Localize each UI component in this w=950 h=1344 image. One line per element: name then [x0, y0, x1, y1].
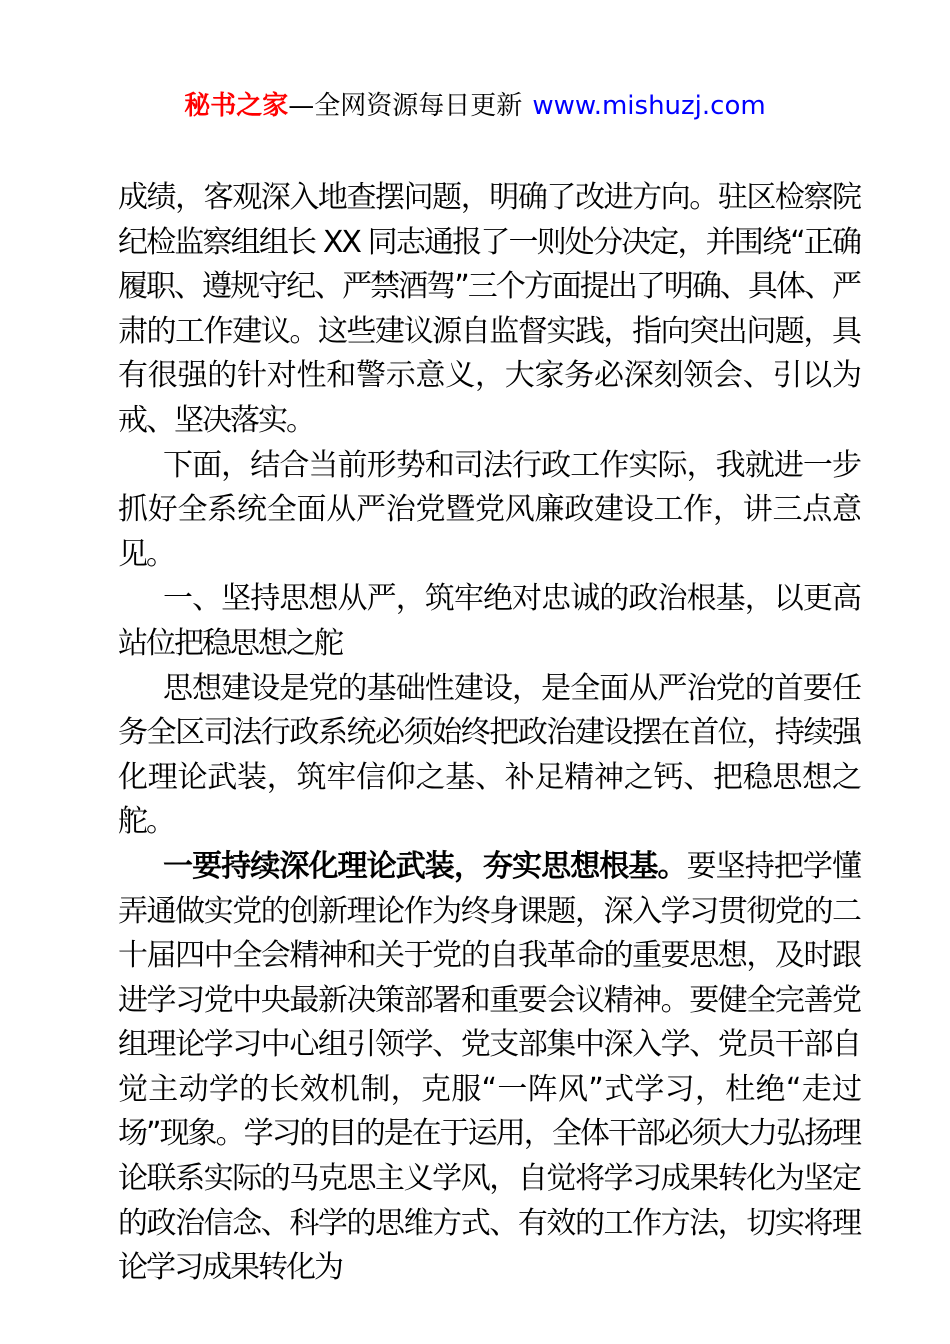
- paragraph-text: 成绩，客观深入地查摆问题，明确了改进方向。驻区检察院纪检监察组组长 XX 同志通…: [118, 180, 860, 438]
- site-header: 秘书之家—全网资源每日更新www.mishuzj.com: [0, 86, 950, 126]
- document-page: 秘书之家—全网资源每日更新www.mishuzj.com 成绩，客观深入地查摆问…: [0, 0, 950, 1344]
- paragraph-text: 一、坚持思想从严，筑牢绝对忠诚的政治根基，以更高站位把稳思想之舵: [118, 581, 860, 661]
- paragraph-text: 下面，结合当前形势和司法行政工作实际，我就进一步抓好全系统全面从严治党暨党风廉政…: [118, 448, 860, 572]
- site-tagline: —全网资源每日更新: [288, 91, 522, 121]
- paragraph-text: 思想建设是党的基础性建设，是全面从严治党的首要任务全区司法行政系统必须始终把政治…: [118, 671, 860, 840]
- section-heading: 一、坚持思想从严，筑牢绝对忠诚的政治根基，以更高站位把稳思想之舵: [118, 577, 860, 666]
- site-url-link[interactable]: www.mishuzj.com: [532, 91, 765, 121]
- paragraph: 下面，结合当前形势和司法行政工作实际，我就进一步抓好全系统全面从严治党暨党风廉政…: [118, 444, 860, 578]
- document-body: 成绩，客观深入地查摆问题，明确了改进方向。驻区检察院纪检监察组组长 XX 同志通…: [118, 176, 860, 1291]
- paragraph: 成绩，客观深入地查摆问题，明确了改进方向。驻区检察院纪检监察组组长 XX 同志通…: [118, 176, 860, 444]
- site-name: 秘书之家: [184, 91, 288, 121]
- paragraph-lead: 一要持续深化理论武装，夯实思想根基。: [163, 849, 687, 884]
- paragraph-text: 要坚持把学懂弄通做实党的创新理论作为终身课题，深入学习贯彻党的二十届四中全会精神…: [118, 849, 860, 1285]
- paragraph: 思想建设是党的基础性建设，是全面从严治党的首要任务全区司法行政系统必须始终把政治…: [118, 667, 860, 845]
- paragraph: 一要持续深化理论武装，夯实思想根基。要坚持把学懂弄通做实党的创新理论作为终身课题…: [118, 845, 860, 1291]
